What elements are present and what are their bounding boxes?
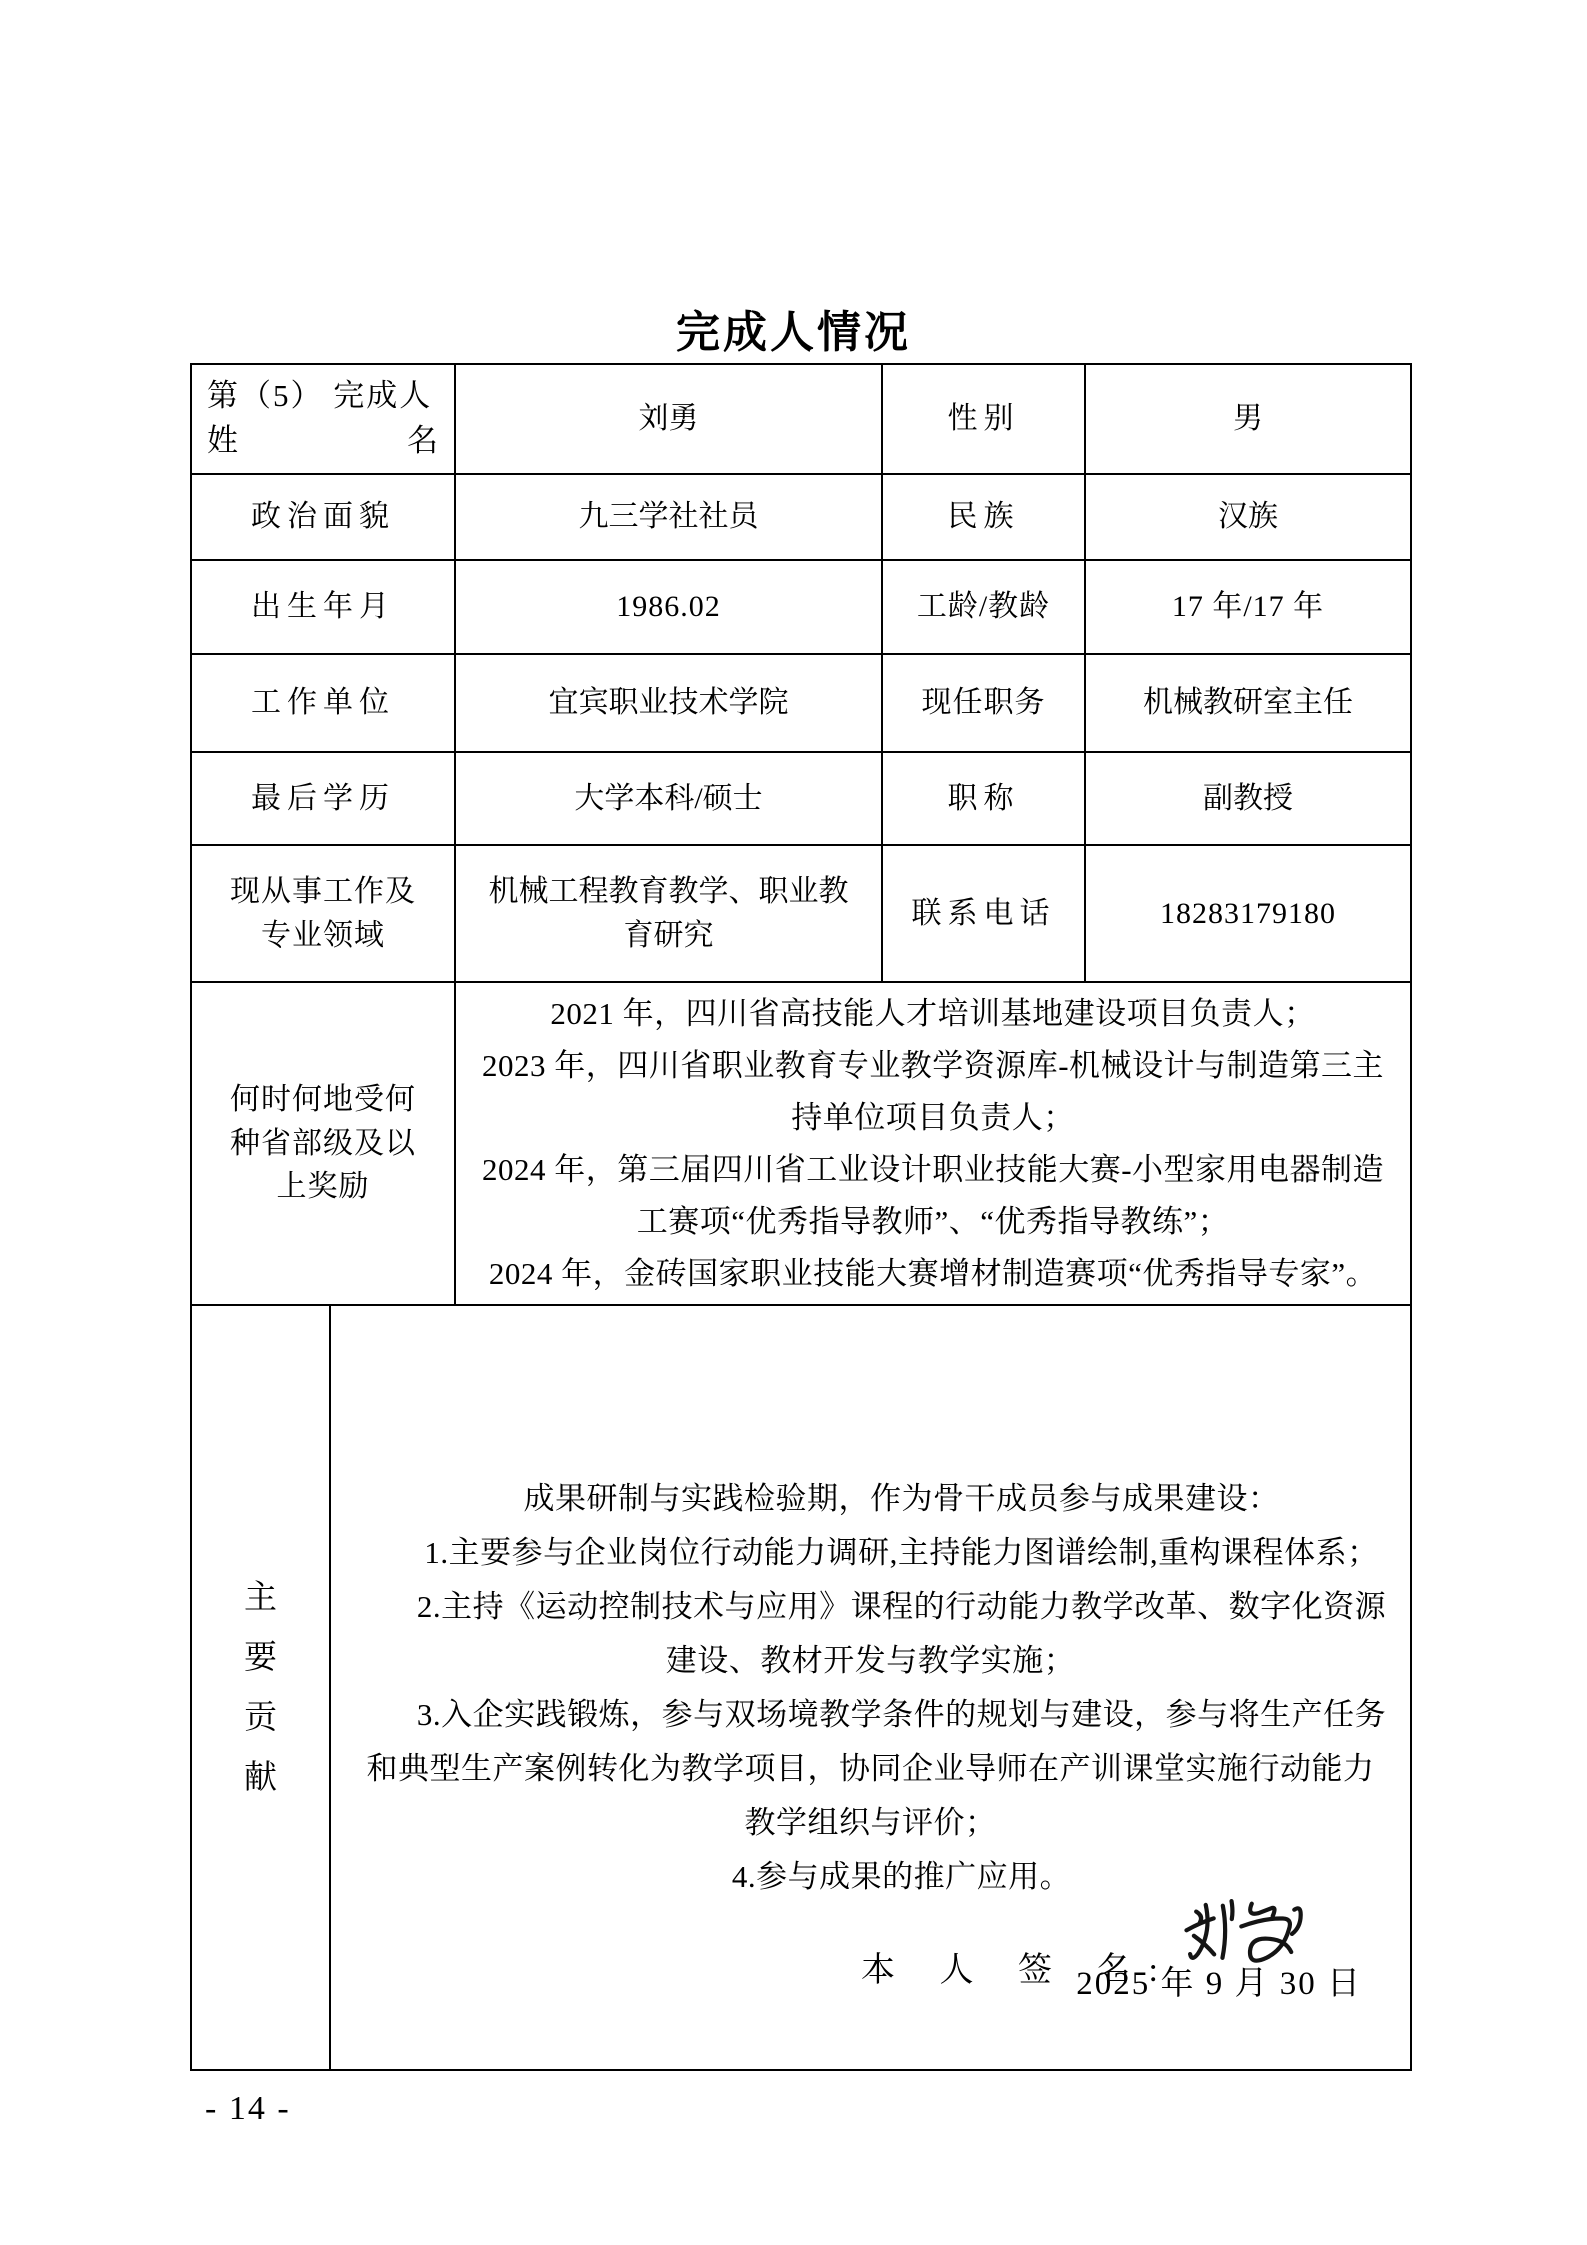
contributions-label: 主要贡献 [241,1568,281,1808]
completer-info-table: 第（5） 完成人 姓名 刘勇 性别 男 政治面貌 九三学社社员 民族 汉族 出生… [190,363,1412,2071]
award-item: 2024 年，金砖国家职业技能大赛增材制造赛项“优秀指导专家”。 [464,1248,1402,1300]
contributions-label-cell: 主要贡献 [191,1305,330,2070]
awards-content: 2021 年，四川省高技能人才培训基地建设项目负责人； 2023 年，四川省职业… [455,982,1411,1305]
page-title: 完成人情况 [0,296,1587,360]
field-value-gender: 男 [1085,364,1411,474]
field-value-professional-title: 副教授 [1085,752,1411,845]
field-value-political-status: 九三学社社员 [455,474,882,560]
contributions-row: 主要贡献 成果研制与实践检验期，作为骨干成员参与成果建设： 1.主要参与企业岗位… [191,1305,1411,2070]
field-label-ethnicity: 民族 [882,474,1085,560]
name-label-line2: 姓名 [207,419,439,464]
field-label-gender: 性别 [882,364,1085,474]
table-row: 出生年月 1986.02 工龄/教龄 17 年/17 年 [191,560,1411,654]
field-value-phone: 18283179180 [1085,845,1411,982]
field-label-final-education: 最后学历 [191,752,455,845]
field-label-current-work-field: 现从事工作及 专业领域 [191,845,455,982]
table-row: 政治面貌 九三学社社员 民族 汉族 [191,474,1411,560]
table-row: 工作单位 宜宾职业技术学院 现任职务 机械教研室主任 [191,654,1411,752]
name-label-line1: 第（5） 完成人 [207,374,439,419]
field-value-current-work-field: 机械工程教育教学、职业教 育研究 [455,845,882,982]
field-label-name: 第（5） 完成人 姓名 [191,364,455,474]
awards-row: 何时何地受何 种省部级及以 上奖励 2021 年，四川省高技能人才培训基地建设项… [191,982,1411,1305]
award-item: 2023 年，四川省职业教育专业教学资源库-机械设计与制造第三主 持单位项目负责… [464,1040,1402,1144]
contribution-paragraph: 2.主持《运动控制技术与应用》课程的行动能力教学改革、数字化资源 建设、教材开发… [339,1580,1402,1688]
field-label-birth-date: 出生年月 [191,560,455,654]
field-label-professional-title: 职称 [882,752,1085,845]
contribution-paragraph: 成果研制与实践检验期，作为骨干成员参与成果建设： [339,1472,1402,1526]
page-number: - 14 - [205,2090,291,2128]
contribution-paragraph: 3.入企实践锻炼，参与双场境教学条件的规划与建设，参与将生产任务 和典型生产案例… [339,1688,1402,1850]
field-value-employer: 宜宾职业技术学院 [455,654,882,752]
field-value-ethnicity: 汉族 [1085,474,1411,560]
field-label-work-teaching-years: 工龄/教龄 [882,560,1085,654]
award-item: 2021 年，四川省高技能人才培训基地建设项目负责人； [464,988,1402,1040]
table-row: 最后学历 大学本科/硕士 职称 副教授 [191,752,1411,845]
signature-date: 2025 年 9 月 30 日 [1076,1961,1362,2009]
award-item: 2024 年，第三届四川省工业设计职业技能大赛-小型家用电器制造 工赛项“优秀指… [464,1144,1402,1248]
document-page: 完成人情况 第（5） 完成人 姓名 刘勇 性别 男 政治面貌 九三学社社员 民族… [0,0,1587,2245]
field-value-current-position: 机械教研室主任 [1085,654,1411,752]
field-label-current-position: 现任职务 [882,654,1085,752]
field-label-employer: 工作单位 [191,654,455,752]
field-label-political-status: 政治面貌 [191,474,455,560]
field-value-final-education: 大学本科/硕士 [455,752,882,845]
field-label-phone: 联系电话 [882,845,1085,982]
table-row: 现从事工作及 专业领域 机械工程教育教学、职业教 育研究 联系电话 182831… [191,845,1411,982]
contribution-paragraph: 1.主要参与企业岗位行动能力调研,主持能力图谱绘制,重构课程体系； [339,1526,1402,1580]
table-row: 第（5） 完成人 姓名 刘勇 性别 男 [191,364,1411,474]
awards-label: 何时何地受何 种省部级及以 上奖励 [191,982,455,1305]
field-value-work-teaching-years: 17 年/17 年 [1085,560,1411,654]
field-value-birth-date: 1986.02 [455,560,882,654]
contributions-content: 成果研制与实践检验期，作为骨干成员参与成果建设： 1.主要参与企业岗位行动能力调… [330,1305,1411,2070]
field-value-name: 刘勇 [455,364,882,474]
